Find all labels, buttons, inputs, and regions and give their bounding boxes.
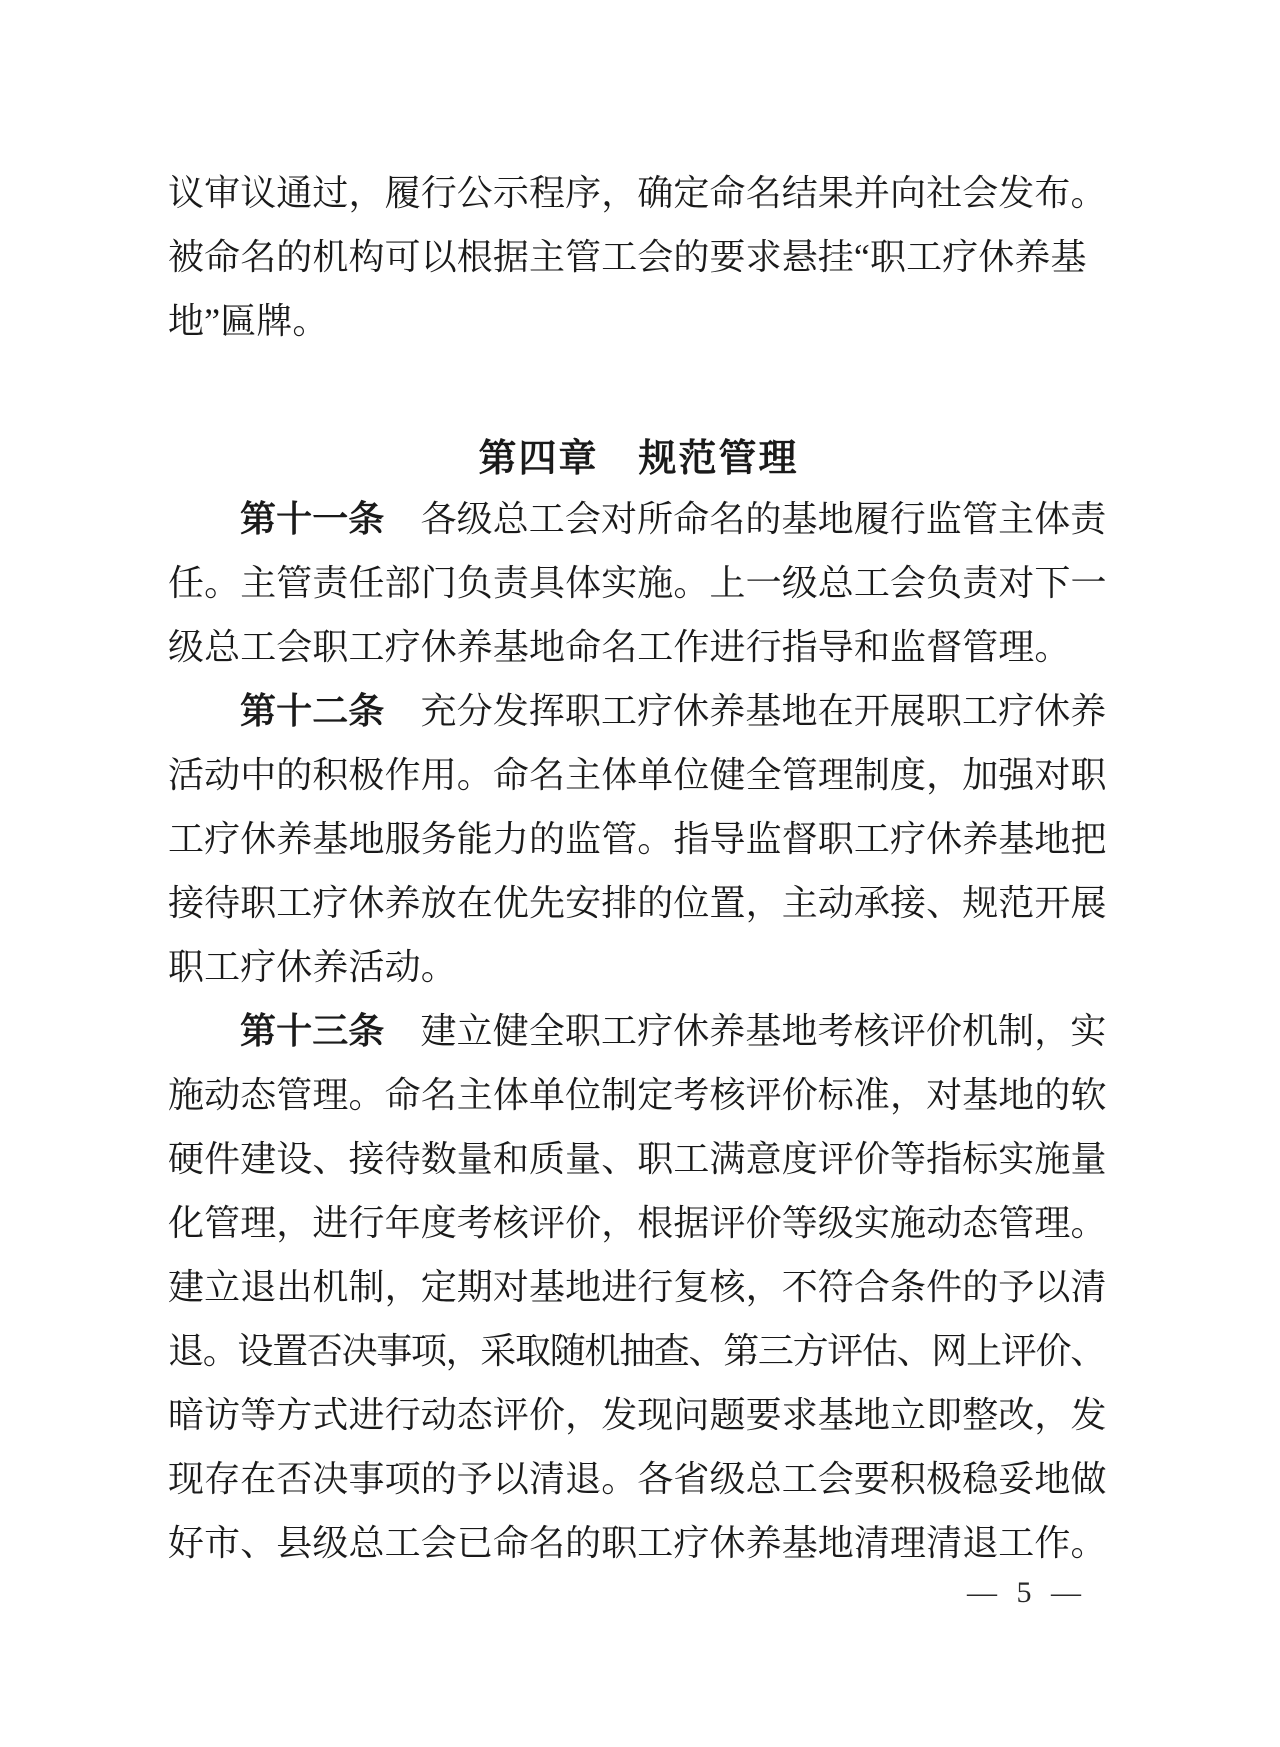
article-12-line-4: 接待职工疗休养放在优先安排的位置，主动承接、规范开展 [168, 882, 1109, 924]
article-12-line-5: 职工疗休养活动。 [168, 946, 1109, 988]
article-13-line-2: 施动态管理。命名主体单位制定考核评价标准，对基地的软 [168, 1074, 1109, 1116]
intro-line-1: 议审议通过，履行公示程序，确定命名结果并向社会发布。 [168, 172, 1109, 214]
article-13-line-8: 现存在否决事项的予以清退。各省级总工会要积极稳妥地做 [168, 1458, 1109, 1500]
article-13-line-9: 好市、县级总工会已命名的职工疗休养基地清理清退工作。 [168, 1522, 1109, 1564]
article-12-line-1: 第十二条 充分发挥职工疗休养基地在开展职工疗休养 [168, 690, 1181, 732]
article-11-line-1: 第十一条 各级总工会对所命名的基地履行监管主体责 [168, 498, 1181, 540]
article-11-line-1-text: 各级总工会对所命名的基地履行监管主体责 [384, 499, 1106, 539]
article-13-line-3: 硬件建设、接待数量和质量、职工满意度评价等指标实施量 [168, 1138, 1109, 1180]
article-13-line-6: 退。设置否决事项，采取随机抽查、第三方评估、网上评价、 [168, 1330, 1109, 1372]
article-12-line-3: 工疗休养基地服务能力的监管。指导监督职工疗休养基地把 [168, 818, 1109, 860]
article-13-line-1: 第十三条 建立健全职工疗休养基地考核评价机制，实 [168, 1010, 1181, 1052]
article-11-line-3: 级总工会职工疗休养基地命名工作进行指导和监督管理。 [168, 626, 1109, 668]
chapter-heading: 第四章 规范管理 [168, 437, 1109, 481]
article-11-line-2: 任。主管责任部门负责具体实施。上一级总工会负责对下一 [168, 562, 1109, 604]
article-11-term: 第十一条 [240, 498, 384, 539]
article-13-term: 第十三条 [240, 1010, 384, 1051]
article-12-term: 第十二条 [240, 690, 384, 731]
article-13-line-7: 暗访等方式进行动态评价，发现问题要求基地立即整改，发 [168, 1394, 1109, 1436]
page-number: — 5 — [168, 1576, 1109, 1610]
article-12-line-1-text: 充分发挥职工疗休养基地在开展职工疗休养 [384, 691, 1106, 731]
article-13-line-4: 化管理，进行年度考核评价，根据评价等级实施动态管理。 [168, 1202, 1109, 1244]
intro-line-2: 被命名的机构可以根据主管工会的要求悬挂“职工疗休养基 [168, 236, 1109, 278]
article-13-line-1-text: 建立健全职工疗休养基地考核评价机制，实 [384, 1011, 1106, 1051]
article-12-line-2: 活动中的积极作用。命名主体单位健全管理制度，加强对职 [168, 754, 1109, 796]
document-page: 议审议通过，履行公示程序，确定命名结果并向社会发布。 被命名的机构可以根据主管工… [0, 0, 1280, 1747]
article-13-line-5: 建立退出机制，定期对基地进行复核，不符合条件的予以清 [168, 1266, 1109, 1308]
intro-line-3: 地”匾牌。 [168, 300, 1109, 342]
